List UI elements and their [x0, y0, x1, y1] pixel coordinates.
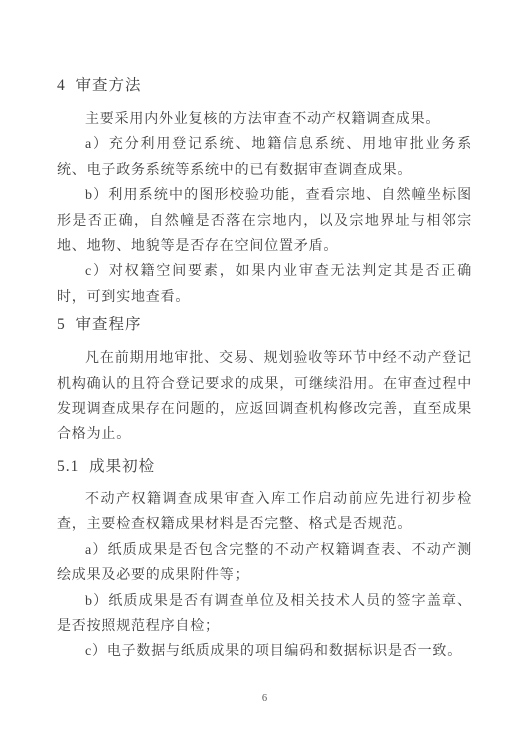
page-number: 6 [262, 693, 267, 704]
section-4-heading: 4 审查方法 [57, 76, 472, 96]
section-5-1-item-c: c）电子数据与纸质成果的项目编码和数据标识是否一致。 [57, 639, 472, 664]
section-5-1-item-a: a）纸质成果是否包含完整的不动产权籍调查表、不动产测绘成果及必要的成果附件等； [57, 538, 472, 589]
page-footer: 6 [0, 688, 529, 706]
section-4-item-b: b）利用系统中的图形校验功能，查看宗地、自然幢坐标图形是否正确，自然幢是否落在宗… [57, 183, 472, 259]
document-page: 4 审查方法 主要采用内外业复核的方法审查不动产权籍调查成果。 a）充分利用登记… [0, 0, 529, 754]
section-4-item-c: c）对权籍空间要素，如果内业审查无法判定其是否正确时，可到实地查看。 [57, 259, 472, 310]
section-5-1-intro-paragraph: 不动产权籍调查成果审查入库工作启动前应先进行初步检查，主要检查权籍成果材料是否完… [57, 487, 472, 538]
section-5-heading: 5 审查程序 [57, 315, 472, 335]
section-5-intro-paragraph: 凡在前期用地审批、交易、规划验收等环节中经不动产登记机构确认的且符合登记要求的成… [57, 346, 472, 448]
page-body: 4 审查方法 主要采用内外业复核的方法审查不动产权籍调查成果。 a）充分利用登记… [57, 76, 472, 665]
section-4-item-a: a）充分利用登记系统、地籍信息系统、用地审批业务系统、电子政务系统等系统中的已有… [57, 132, 472, 183]
section-5-1-heading: 5.1 成果初检 [57, 457, 472, 477]
section-5-1-item-b: b）纸质成果是否有调查单位及相关技术人员的签字盖章、是否按照规范程序自检； [57, 589, 472, 640]
section-4-intro-paragraph: 主要采用内外业复核的方法审查不动产权籍调查成果。 [57, 107, 472, 132]
